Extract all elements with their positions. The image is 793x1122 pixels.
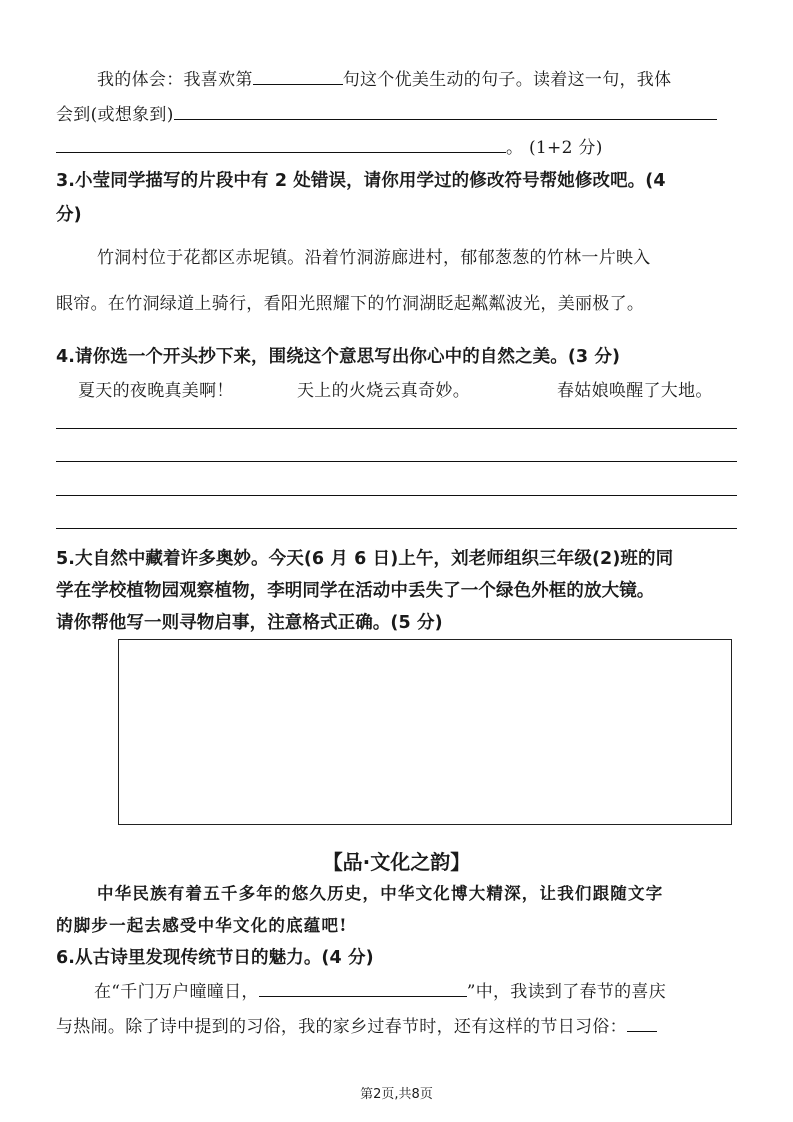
section-intro-line-2: 的脚步一起去感受中华文化的底蕴吧!: [56, 912, 348, 936]
poem-blank[interactable]: [259, 995, 467, 997]
opening-option-3: 春姑娘唤醒了大地。: [557, 376, 713, 401]
custom-blank[interactable]: [627, 1030, 657, 1032]
reflection-score: 。 (1+2 分): [506, 138, 603, 158]
question-5-title-line-1: 5.大自然中藏着许多奥妙。今天(6 月 6 日)上午，刘老师组织三年级(2)班的…: [56, 545, 673, 570]
question-3-title: 3.小莹同学描写的片段中有 2 处错误，请你用学过的修改符号帮她修改吧。(4: [56, 167, 666, 192]
section-heading: 【品·文化之韵】: [0, 846, 793, 875]
answer-line-3[interactable]: [56, 495, 737, 496]
question-5-title-line-2: 学在学校植物园观察植物，李明同学在活动中丢失了一个绿色外框的放大镜。: [56, 577, 654, 602]
question-3-passage-line-1: 竹洞村位于花都区赤坭镇。沿着竹洞游廊进村，郁郁葱葱的竹林一片映入: [97, 243, 651, 268]
answer-line-4[interactable]: [56, 528, 737, 529]
opening-option-1: 夏天的夜晚真美啊！: [78, 376, 234, 401]
reflection-prefix: 我的体会：我喜欢第: [97, 70, 253, 90]
section-intro-line-1: 中华民族有着五千多年的悠久历史，中华文化博大精深，让我们跟随文字: [97, 880, 663, 904]
reflection-line-3: 。 (1+2 分): [56, 133, 603, 158]
imagination-blank-2[interactable]: [56, 151, 506, 153]
poem-suffix: ”中，我读到了春节的喜庆: [467, 982, 666, 1002]
reflection-line-1: 我的体会：我喜欢第句这个优美生动的句子。读着这一句，我体: [97, 65, 671, 90]
poem-prefix: 在“千门万户曈曈日，: [94, 982, 259, 1002]
imagination-blank-1[interactable]: [174, 118, 717, 120]
answer-line-1[interactable]: [56, 428, 737, 429]
question-3-title-cont: 分): [56, 201, 82, 226]
question-4-title: 4.请你选一个开头抄下来，围绕这个意思写出你心中的自然之美。(3 分): [56, 343, 620, 368]
lost-item-notice-box[interactable]: [118, 639, 732, 825]
reflection-line-2: 会到(或想象到): [56, 100, 717, 125]
poem-line: 在“千门万户曈曈日，”中，我读到了春节的喜庆: [94, 977, 666, 1002]
custom-text: 与热闹。除了诗中提到的习俗，我的家乡过春节时，还有这样的节日习俗：: [56, 1017, 627, 1037]
sentence-number-blank[interactable]: [253, 83, 343, 85]
page-number: 第2页,共8页: [0, 1083, 793, 1102]
reflection-line2-prefix: 会到(或想象到): [56, 105, 174, 125]
answer-line-2[interactable]: [56, 461, 737, 462]
question-5-title-line-3: 请你帮他写一则寻物启事，注意格式正确。(5 分): [56, 609, 443, 634]
question-3-passage-line-2: 眼帘。在竹洞绿道上骑行，看阳光照耀下的竹洞湖眨起粼粼波光，美丽极了。: [56, 289, 644, 314]
question-6-title: 6.从古诗里发现传统节日的魅力。(4 分): [56, 944, 374, 969]
custom-line: 与热闹。除了诗中提到的习俗，我的家乡过春节时，还有这样的节日习俗：: [56, 1012, 657, 1037]
opening-option-2: 天上的火烧云真奇妙。: [297, 376, 470, 401]
reflection-suffix: 句这个优美生动的句子。读着这一句，我体: [343, 70, 672, 90]
